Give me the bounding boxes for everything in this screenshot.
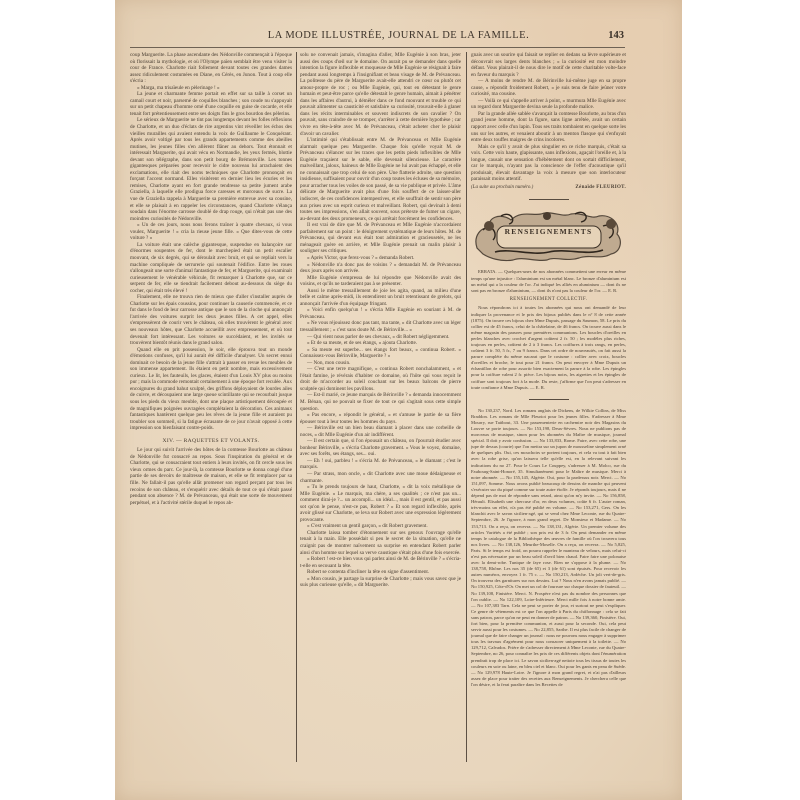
chapter-heading: XIV. — RAQUETTES ET VOLANTS.: [130, 438, 292, 445]
column-1: coup Marguerite. La phase ascendante des…: [130, 52, 292, 765]
paragraph: — Il est certain que, si l'on épousait u…: [300, 438, 461, 458]
paragraph: L'intimité qui s'établissait entre M. de…: [300, 137, 461, 222]
collective-answer-paragraph: Nous répondrons ici à toutes les abonnée…: [471, 305, 626, 390]
paragraph: — Est-il marié, ce jeune marquis de Béri…: [300, 392, 461, 412]
newspaper-page: LA MODE ILLUSTRÉE, JOURNAL DE LA FAMILLE…: [115, 0, 682, 800]
paragraph: solu ne convenait jamais, s'imagina d'al…: [300, 52, 461, 137]
running-title: LA MODE ILLUSTRÉE, JOURNAL DE LA FAMILLE…: [115, 30, 682, 41]
story-signature: (La suite au prochain numéro.) Zénaïde F…: [471, 185, 626, 192]
column-2: solu ne convenait jamais, s'imagina d'al…: [300, 52, 461, 765]
column-3: gnais avec un sourire qui faisait se rep…: [471, 52, 626, 765]
to-be-continued-note: (La suite au prochain numéro.): [471, 185, 533, 192]
paragraph: — C'est une terre magnifique, » continua…: [300, 366, 461, 392]
paragraph: Mlle Eugénie s'empressa de lui répondre …: [300, 275, 461, 288]
paragraph: — Voilà ce qui s'appelle arriver à point…: [471, 98, 626, 111]
paragraph: « Nédonville n'a donc pas de voisins ? »…: [300, 262, 461, 275]
paragraph: La jeune et charmante femme portait en e…: [130, 91, 292, 117]
paragraph: gnais avec un sourire qui faisait se rep…: [471, 52, 626, 78]
paragraph: coup Marguerite. La phase ascendante des…: [130, 52, 292, 85]
paragraph: — A moins de rendre M. de Bérinville lui…: [471, 78, 626, 98]
paragraph: « Ne vous réjouissez donc pas tant, ma t…: [300, 320, 461, 333]
section-divider: [529, 199, 569, 200]
paragraph: Mais ce qu'il y avait de plus singulier …: [471, 144, 626, 183]
column-divider-2: [466, 52, 467, 762]
paragraph: — Par strass, mon oncle, » dit Charlotte…: [300, 471, 461, 484]
paragraph: Par la grande allée sablée s'avançait la…: [471, 111, 626, 144]
header-rule: [130, 47, 625, 48]
paragraph: « Un de ces jours, nous nous ferons traî…: [130, 222, 292, 242]
paragraph: « Mon cousin, je partage la surprise de …: [300, 576, 461, 589]
paragraph: Il est vrai de dire que M. de Prévanceau…: [300, 222, 461, 255]
paragraph: — Bérinville est un bien beau diamant à …: [300, 425, 461, 438]
paragraph: La voiture était une calèche gigantesque…: [130, 242, 292, 294]
paragraph: Charlotte laissa tomber d'étonnement sur…: [300, 530, 461, 556]
paragraph: Le jour qui suivit l'arrivée des hôtes d…: [130, 447, 292, 506]
page-number: 143: [608, 30, 624, 41]
section-title: RENSEIGNEMENTS: [471, 229, 626, 236]
renseignements-banner: RENSEIGNEMENTS: [471, 208, 626, 263]
paragraph: Quand elle en prit possession, le soir, …: [130, 347, 292, 432]
errata-paragraph: ERRATA. — Quelques-unes de nos abonnées …: [471, 269, 626, 293]
paragraph: « Tu le prends toujours de haut, Charlot…: [300, 484, 461, 523]
paragraph: « Pas encore, » répondit le général, « e…: [300, 412, 461, 425]
paragraph: — Eh ! oui, parbleu ! » s'écria M. de Pr…: [300, 458, 461, 471]
paragraph: Le sérieux de Marguerite ne tint pas lon…: [130, 117, 292, 222]
section-subheading: RENSEIGNEMENT COLLECTIF.: [471, 297, 626, 304]
section-divider: [529, 399, 569, 400]
paragraph: Finalement, elle ne trouva rien de mieux…: [130, 294, 292, 346]
paragraph: Aussi le même tressaillement de joie les…: [300, 288, 461, 308]
paragraph: « Sa meute est superbe... ses étangs for…: [300, 347, 461, 360]
author-name: Zénaïde FLEURIOT.: [575, 185, 626, 192]
paragraph: « Robert ! est-ce bien vous qui parlez a…: [300, 556, 461, 569]
paragraph: « Voici enfin quelqu'un ! » s'écria Mlle…: [300, 307, 461, 320]
column-divider-1: [296, 52, 297, 762]
reader-answers-paragraph: No 130,237, Nord. Les romans anglais de …: [471, 408, 626, 688]
